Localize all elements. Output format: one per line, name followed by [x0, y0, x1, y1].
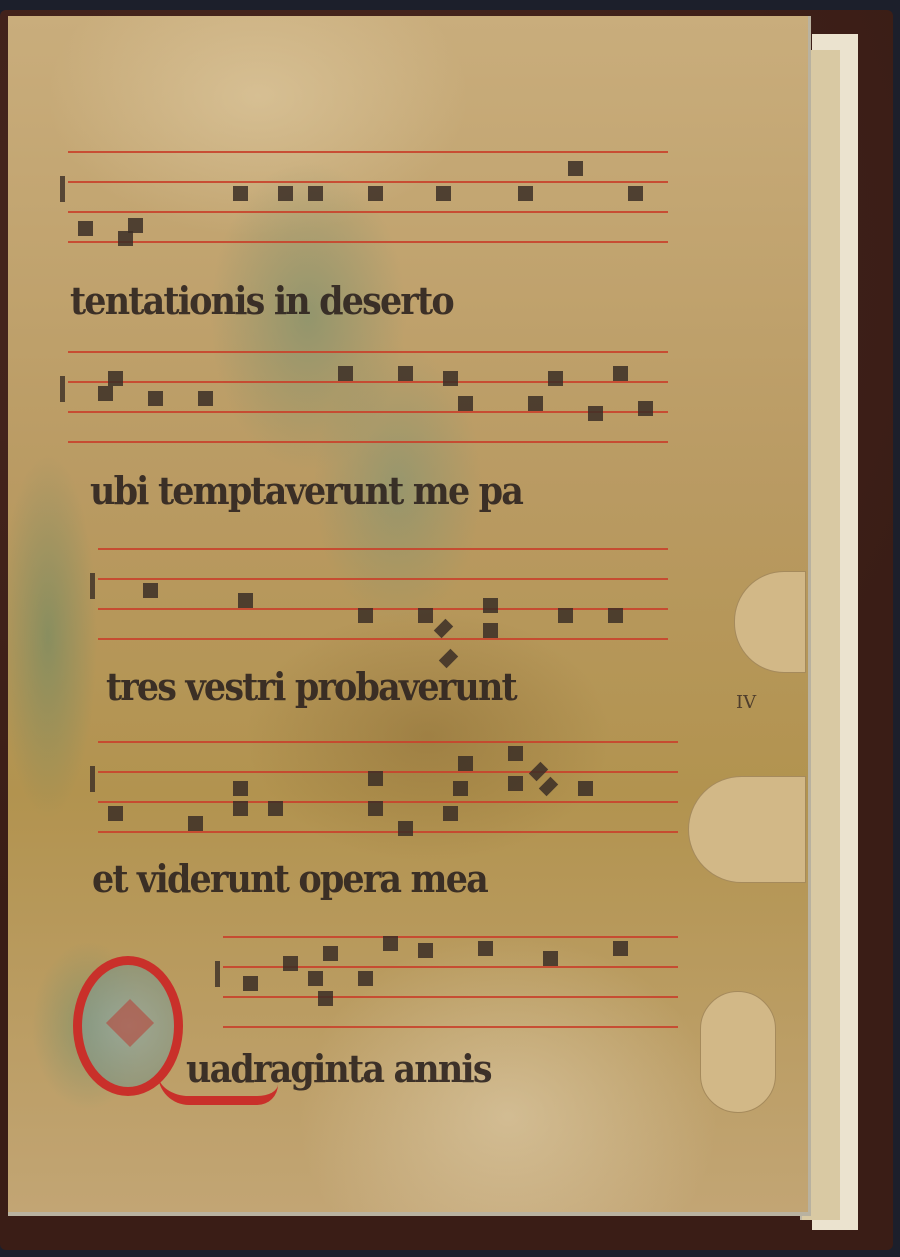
lozenge-note-icon: [539, 777, 558, 796]
punctum-note-icon: [118, 231, 133, 246]
punctum-note-icon: [478, 941, 493, 956]
clef-icon: [60, 376, 65, 402]
repair-patch: [734, 571, 806, 673]
staff: [68, 146, 668, 256]
lyric-line: et viderunt opera mea: [92, 856, 487, 901]
staff-line: [98, 638, 668, 640]
punctum-note-icon: [128, 218, 143, 233]
manuscript-page: tentationis in desertoubi temptaverunt m…: [8, 16, 811, 1216]
punctum-note-icon: [458, 756, 473, 771]
staff-line: [68, 411, 668, 413]
punctum-note-icon: [108, 806, 123, 821]
punctum-note-icon: [318, 991, 333, 1006]
clef-icon: [90, 573, 95, 599]
clef-icon: [90, 766, 95, 792]
clef-icon: [215, 961, 220, 987]
punctum-note-icon: [358, 608, 373, 623]
punctum-note-icon: [368, 771, 383, 786]
staff-line: [223, 936, 678, 938]
staff-line: [68, 151, 668, 153]
punctum-note-icon: [278, 186, 293, 201]
illuminated-initial: [63, 946, 183, 1096]
lozenge-note-icon: [434, 619, 453, 638]
punctum-note-icon: [308, 971, 323, 986]
punctum-note-icon: [483, 598, 498, 613]
lyric-line: ubi temptaverunt me pa: [90, 468, 522, 513]
punctum-note-icon: [383, 936, 398, 951]
staff: [68, 346, 668, 456]
punctum-note-icon: [436, 186, 451, 201]
punctum-note-icon: [98, 386, 113, 401]
punctum-note-icon: [323, 946, 338, 961]
punctum-note-icon: [418, 943, 433, 958]
staff-line: [98, 741, 678, 743]
punctum-note-icon: [443, 371, 458, 386]
staff-line: [223, 1026, 678, 1028]
staff-line: [98, 608, 668, 610]
staff-line: [98, 801, 678, 803]
punctum-note-icon: [613, 941, 628, 956]
punctum-note-icon: [518, 186, 533, 201]
punctum-note-icon: [233, 781, 248, 796]
repair-patch: [688, 776, 806, 883]
lyric-line: tentationis in deserto: [70, 278, 453, 323]
punctum-note-icon: [188, 816, 203, 831]
staff: [223, 931, 678, 1041]
punctum-note-icon: [588, 406, 603, 421]
clef-icon: [60, 176, 65, 202]
punctum-note-icon: [443, 806, 458, 821]
punctum-note-icon: [568, 161, 583, 176]
staff-line: [68, 181, 668, 183]
punctum-note-icon: [78, 221, 93, 236]
staff-line: [68, 381, 668, 383]
punctum-note-icon: [338, 366, 353, 381]
punctum-note-icon: [238, 593, 253, 608]
punctum-note-icon: [108, 371, 123, 386]
repair-patch: [700, 991, 776, 1113]
punctum-note-icon: [268, 801, 283, 816]
punctum-note-icon: [368, 801, 383, 816]
punctum-note-icon: [243, 976, 258, 991]
staff-line: [68, 351, 668, 353]
punctum-note-icon: [148, 391, 163, 406]
punctum-note-icon: [508, 776, 523, 791]
staff-line: [68, 441, 668, 443]
punctum-note-icon: [543, 951, 558, 966]
punctum-note-icon: [283, 956, 298, 971]
staff-line: [223, 996, 678, 998]
staff-line: [98, 548, 668, 550]
staff-line: [68, 211, 668, 213]
punctum-note-icon: [143, 583, 158, 598]
staff-line: [98, 578, 668, 580]
punctum-note-icon: [368, 186, 383, 201]
punctum-note-icon: [638, 401, 653, 416]
punctum-note-icon: [233, 186, 248, 201]
punctum-note-icon: [483, 623, 498, 638]
staff-line: [68, 241, 668, 243]
initial-q-tail: [158, 1074, 278, 1105]
punctum-note-icon: [398, 821, 413, 836]
punctum-note-icon: [453, 781, 468, 796]
punctum-note-icon: [608, 608, 623, 623]
staff: [98, 736, 678, 846]
punctum-note-icon: [628, 186, 643, 201]
punctum-note-icon: [308, 186, 323, 201]
punctum-note-icon: [548, 371, 563, 386]
folio-number: IV: [736, 692, 756, 713]
staff: [98, 543, 668, 653]
punctum-note-icon: [458, 396, 473, 411]
punctum-note-icon: [613, 366, 628, 381]
punctum-note-icon: [558, 608, 573, 623]
punctum-note-icon: [508, 746, 523, 761]
punctum-note-icon: [358, 971, 373, 986]
punctum-note-icon: [198, 391, 213, 406]
staff-line: [98, 831, 678, 833]
lozenge-note-icon: [529, 762, 548, 781]
punctum-note-icon: [398, 366, 413, 381]
staff-line: [98, 771, 678, 773]
punctum-note-icon: [528, 396, 543, 411]
lyric-line: tres vestri probaverunt: [106, 664, 516, 709]
punctum-note-icon: [578, 781, 593, 796]
punctum-note-icon: [233, 801, 248, 816]
punctum-note-icon: [418, 608, 433, 623]
